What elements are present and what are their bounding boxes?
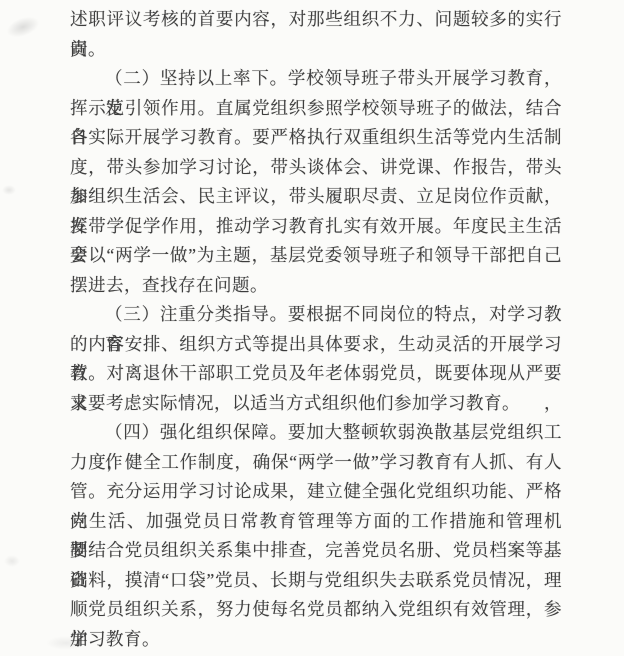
- text-line: 责。: [70, 35, 562, 65]
- text-line: （二）坚持以上率下。学校领导班子带头开展学习教育，发: [70, 64, 562, 94]
- text-line: 管。充分运用学习讨论成果，建立健全强化党组织功能、严格党: [70, 477, 562, 507]
- scan-smudge: [4, 13, 42, 42]
- text-line: 自实际开展学习教育。要严格执行双重组织生活等党内生活制: [70, 123, 562, 153]
- text-line: 内生活、加强党员日常教育管理等方面的工作措施和管理机制。: [70, 507, 562, 537]
- document-page: 述职评议考核的首要内容，对那些组织不力、问题较多的实行问 责。 （二）坚持以上率…: [0, 0, 624, 656]
- text-line: 挥带学促学作用，推动学习教育扎实有效开展。年度民主生活会: [70, 212, 562, 242]
- text-line: （三）注重分类指导。要根据不同岗位的特点，对学习教育: [70, 300, 562, 330]
- text-line: 摆进去，查找存在问题。: [70, 271, 562, 301]
- scan-smudge: [4, 555, 20, 567]
- text-line: 度，带头参加学习讨论，带头谈体会、讲党课、作报告，带头参: [70, 153, 562, 183]
- text-line: （四）强化组织保障。要加大整顿软弱涣散基层党组织工作: [70, 418, 562, 448]
- scan-smudge: [2, 185, 16, 195]
- text-line: 挥示范引领作用。直属党组织参照学校领导班子的做法，结合各: [70, 94, 562, 124]
- text-line: 加组织生活会、民主评议，带头履职尽责、立足岗位作贡献，发: [70, 182, 562, 212]
- text-line: 要结合党员组织关系集中排查，完善党员名册、党员档案等基础: [70, 536, 562, 566]
- document-text-block: 述职评议考核的首要内容，对那些组织不力、问题较多的实行问 责。 （二）坚持以上率…: [70, 5, 562, 654]
- text-line: 育。对离退休干部职工党员及年老体弱党员，既要体现从严要求，: [70, 359, 562, 389]
- text-line: 力度，健全工作制度，确保“两学一做”学习教育有人抓、有人: [70, 448, 562, 478]
- text-line: 顺党员组织关系，努力使每名党员都纳入党组织有效管理，参加: [70, 595, 562, 625]
- text-line: 又要考虑实际情况，以适当方式组织他们参加学习教育。: [70, 389, 562, 419]
- text-line: 述职评议考核的首要内容，对那些组织不力、问题较多的实行问: [70, 5, 562, 35]
- text-line: 资料，摸清“口袋”党员、长期与党组织失去联系党员情况，理: [70, 566, 562, 596]
- text-line: 学习教育。: [70, 625, 562, 655]
- text-line: 的内容安排、组织方式等提出具体要求，生动灵活的开展学习教: [70, 330, 562, 360]
- text-line: 要以“两学一做”为主题，基层党委领导班子和领导干部把自己: [70, 241, 562, 271]
